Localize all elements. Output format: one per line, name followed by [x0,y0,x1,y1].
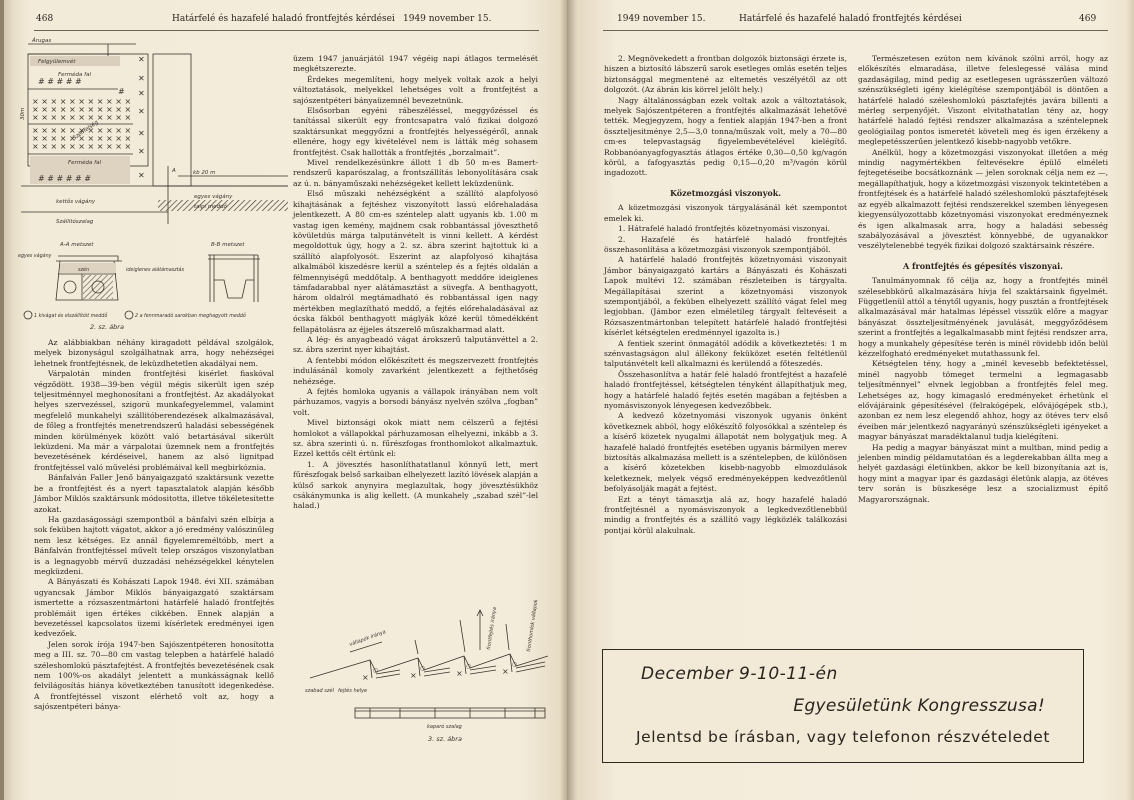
paragraph: Az alábbiakban néhány kiragadott példáva… [34,338,274,369]
paragraph: Mivel biztonsági okok miatt nem célszerű… [293,418,538,460]
left-column-1: Az alábbiakban néhány kiragadott példáva… [34,338,274,713]
svg-text:# # # # #: # # # # # [38,77,82,86]
magazine-spread: 468 Határfelé és hazafelé haladó frontfe… [0,0,1134,800]
svg-text:B-B metszet: B-B metszet [211,242,245,248]
left-column-2: üzem 1947 januárjától 1947 végéig napi á… [293,54,538,512]
paragraph: üzem 1947 januárjától 1947 végéig napi á… [293,54,538,75]
svg-text:30m: 30m [20,108,26,120]
figure-2-caption: 2. sz. ábra [90,323,124,331]
svg-text:✕: ✕ [138,129,145,138]
svg-text:egyes vágány: egyes vágány [194,193,233,200]
right-column-1: 2. Megnövekedett a frontban dolgozók biz… [604,54,847,536]
paragraph: Ha pedig a magyar bányászat mint a multb… [858,443,1108,505]
paragraph: 1. Hátrafelé haladó frontfejtés közetnyo… [604,224,847,234]
svg-text:○: ○ [512,661,517,668]
paragraph: Kétségtelen tény, hogy a „minél kevesebb… [858,359,1108,442]
paragraph: Mivel rendelkezésünkre állott 1 db 50 m-… [293,158,538,189]
section-heading: Közetmozgási viszonyok. [604,188,847,198]
paragraph: 2. Hazafelé és határfelé haladó frontfej… [604,235,847,256]
header-rule [603,30,1108,31]
svg-text:frontfejtés iránya: frontfejtés iránya [485,607,498,651]
svg-text:○: ○ [420,665,425,672]
svg-text:vállapok iránya: vállapok iránya [348,628,386,648]
svg-text:Felgyülemvét: Felgyülemvét [38,58,76,65]
figure-3-diagram: ×××× ○○○○ vállapok iránya frontfejtés ir… [300,600,550,780]
figure-3-caption: 3. sz. ábra [428,735,462,743]
paragraph: Anélkül, hogy a közetmozgási viszonyokat… [858,148,1108,252]
paragraph: 1. A jövesztés hasonlíthatatlanul könnyű… [293,460,538,512]
svg-text:szabad szél: szabad szél [305,687,335,694]
congress-announcement-box: December 9-10-11-én Egyesületünk Kongres… [602,649,1084,763]
svg-text:× × × × × × × × × × ×: × × × × × × × × × × × [32,142,131,151]
paragraph: Első műszaki nehézségként a szállító ala… [293,189,538,335]
paragraph: A fejtés homloka ugyanis a vállapok irán… [293,387,538,418]
paragraph: Ha gazdaságossági szempontból a bánfalvi… [34,515,274,577]
svg-text:✕: ✕ [138,171,145,180]
svg-text:# # # # # #: # # # # # # [38,174,91,183]
paragraph: 2. Megnövekedett a frontban dolgozók biz… [604,54,847,96]
svg-text:kettős vágány: kettős vágány [56,198,96,205]
page-edge [0,0,4,800]
svg-text:Ferméda fal: Ferméda fal [58,71,91,78]
paragraph: Nagy általánosságban ezek voltak azok a … [604,96,847,179]
svg-text:○: ○ [466,663,471,670]
svg-text:✕: ✕ [138,107,145,116]
announcement-instruction: Jelentsd be írásban, vagy telefonon rész… [603,728,1083,746]
svg-text:×: × [410,671,417,680]
left-page: 468 Határfelé és hazafelé haladó frontfe… [0,0,567,800]
paragraph: Bánfalván Faller Jenő bányaigazgató szak… [34,473,274,515]
svg-text:#: # [118,87,125,96]
svg-text:×: × [502,667,509,676]
paragraph: Jelen sorok írója 1947-ben Sajószentpéte… [34,640,274,713]
svg-text:1 kivágat és elszállítóit medd: 1 kivágat és elszállítóit meddő [34,312,107,319]
svg-text:× × × × × × × × × × ×: × × × × × × × × × × × [32,113,131,122]
svg-text:✕: ✕ [138,89,145,98]
paragraph: A fentebbi módon előkészített és megszer… [293,356,538,387]
svg-text:Árugas: Árugas [31,37,51,44]
paragraph: A határfelé haladó frontfejtés közetnyom… [604,255,847,338]
svg-text:○: ○ [373,667,378,674]
paragraph: A kedvező közetnyomási viszonyok ugyanis… [604,411,847,494]
svg-text:Szállitószalag: Szállitószalag [56,218,94,225]
right-column-2: Természetesen ezúton nem kívánok szólni … [858,54,1108,505]
svg-text:×: × [362,673,369,682]
paragraph: Tanulmányomnak fő célja az, hogy a front… [858,276,1108,359]
paragraph: A lég- és anyagbeadó vágat árokszerű tal… [293,335,538,356]
svg-text:2 a fennmaradó sarokban meghag: 2 a fennmaradó sarokban meghagyott meddő [135,312,246,319]
svg-text:✕: ✕ [138,55,145,64]
paragraph: A közetmozgási viszonyok tárgyalásánál k… [604,203,847,224]
paragraph: Összehasonlítva a határ felé haladó fron… [604,370,847,412]
svg-text:szén: szén [78,266,89,273]
paragraph: Ezt a tényt támasztja alá az, hogy hazaf… [604,495,847,537]
section-heading: A frontfejtés és gépesítés viszonyai. [858,261,1108,271]
svg-text:fronthomlok vállapokkal párhuz: fronthomlok vállapokkal párhuzamos [525,600,545,652]
paragraph: Elsősorban egyéni rábeszéléssel, meggyőz… [293,106,538,158]
announcement-date: December 9-10-11-én [641,664,838,684]
svg-text:fejtés helye: fejtés helye [338,687,367,694]
svg-text:A: A [171,168,176,174]
paragraph: Érdekes megemlíteni, hogy melyek voltak … [293,75,538,106]
paragraph: A fentiek szerint önmagától adódik a köv… [604,339,847,370]
svg-text:kaparó szalag: kaparó szalag [427,723,462,730]
svg-text:A-A metszet: A-A metszet [59,242,94,248]
svg-text:talpi meddő: talpi meddő [194,204,228,210]
svg-text:egyes vágány: egyes vágány [18,252,52,259]
svg-text:ideiglenes alátámasztás: ideiglenes alátámasztás [126,266,184,273]
paragraph: Várpalotán minden frontfejtési kisérlet … [34,369,274,473]
paragraph: Természetesen ezúton nem kívánok szólni … [858,54,1108,148]
figure-2-diagram: # # # # # # × × × × × × × × × × × × × × … [18,36,288,336]
svg-text:kb 20 m: kb 20 m [193,170,216,176]
svg-text:✕: ✕ [138,74,145,83]
svg-text:✕: ✕ [138,147,145,156]
svg-text:Ferméda fal: Ferméda fal [68,159,101,166]
paragraph: A Bányászati és Kohászati Lapok 1948. év… [34,577,274,639]
svg-text:×: × [456,669,463,678]
header-rule [34,30,539,31]
announcement-title: Egyesületünk Kongresszusa! [793,696,1045,716]
